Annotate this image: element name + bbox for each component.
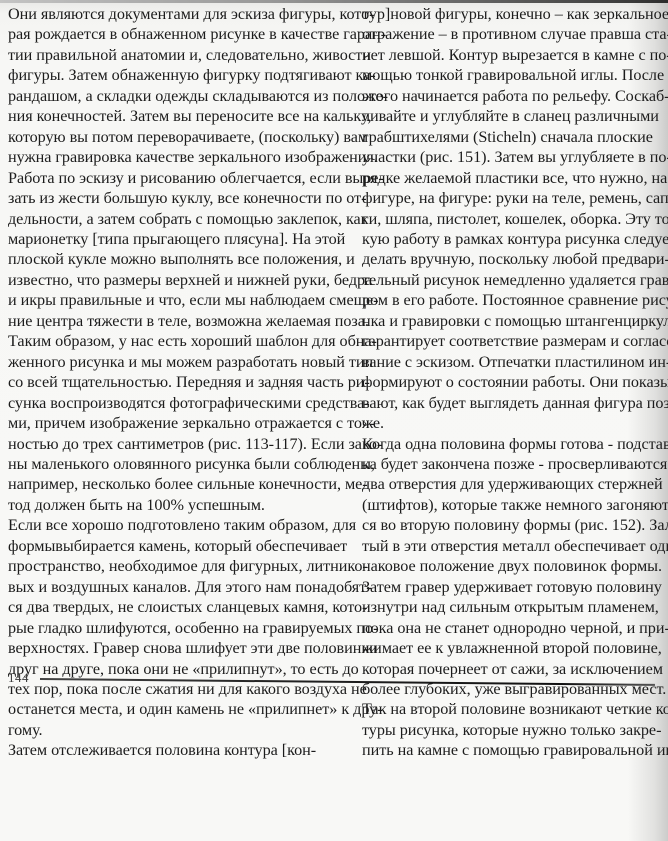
text-line: ми, причем изображение зеркально отражае… [8, 413, 336, 433]
scan-top-edge-shadow [0, 0, 668, 3]
text-line: плоской кукле можно выполнять все положе… [8, 249, 336, 269]
text-line: нет левшой. Контур вырезается в камне с … [362, 45, 662, 65]
text-line: ги, шляпа, пистолет, кошелек, оборка. Эт… [362, 209, 662, 229]
text-line: Так на второй половине возникают четкие … [362, 699, 662, 719]
text-line: этого начинается работа по рельефу. Соск… [362, 86, 662, 106]
text-line: рая рождается в обнаженном рисунке в кач… [8, 24, 336, 44]
text-line: ся во вторую половину формы (рис. 152). … [362, 515, 662, 535]
left-text-column: Они являются документами для эскиза фигу… [8, 4, 336, 761]
text-line: грабштихелями (Sticheln) сначала плоские [362, 127, 662, 147]
text-line: тельный рисунок немедленно удаляется гра… [362, 270, 662, 290]
text-line: (штифтов), которые также немного загоняю… [362, 495, 662, 515]
text-line: наковое положение двух половинок формы. [362, 556, 662, 576]
text-line: ние центра тяжести в теле, возможна жела… [8, 311, 336, 331]
text-line: кую работу в рамках контура рисунка след… [362, 229, 662, 249]
text-line: гому. [8, 720, 336, 740]
text-line: которую вы потом переворачиваете, (поско… [8, 127, 336, 147]
text-line: ливайте и углубляйте в сланец различными [362, 106, 662, 126]
text-line: Когда одна половина формы готова - подст… [362, 434, 662, 454]
page-footer: 144 [0, 670, 668, 690]
text-line: ка будет закончена позже - просверливают… [362, 454, 662, 474]
text-line: известно, что размеры верхней и нижней р… [8, 270, 336, 290]
footer-rule-divider [40, 678, 655, 685]
text-line: нужна гравировка качестве зеркального из… [8, 147, 336, 167]
page-number: 144 [8, 670, 29, 686]
text-line: жимает ее к увлажненной второй половине, [362, 638, 662, 658]
text-line: ностью до трех сантиметров (рис. 113-117… [8, 434, 336, 454]
text-line: Если все хорошо подготовлено таким образ… [8, 515, 336, 535]
text-line: тур]новой фигуры, конечно – как зеркальн… [362, 4, 662, 24]
text-line: женного рисунка и мы можем разработать н… [8, 352, 336, 372]
text-line: тии правильной анатомии и, следовательно… [8, 45, 336, 65]
text-line: формывыбирается камень, который обеспечи… [8, 536, 336, 556]
text-line: вают, как будет выглядеть данная фигура … [362, 393, 662, 413]
text-line: ния конечностей. Затем вы переносите все… [8, 106, 336, 126]
text-line: Затем отслеживается половина контура [ко… [8, 740, 336, 760]
text-line: вых и воздушных каналов. Для этого нам п… [8, 577, 336, 597]
text-line: верхностях. Гравер снова шлифует эти две… [8, 638, 336, 658]
text-line: Они являются документами для эскиза фигу… [8, 4, 336, 24]
text-line: мощью тонкой гравировальной иглы. После [362, 65, 662, 85]
text-line: туры рисунка, которые нужно только закре… [362, 720, 662, 740]
text-line: марионетку [типа прыгающего плясуна]. На… [8, 229, 336, 249]
text-line: рые гладко шлифуются, особенно на гравир… [8, 618, 336, 638]
text-line: останется места, и один камень не «прили… [8, 699, 336, 719]
text-line: пока она не станет однородно черной, и п… [362, 618, 662, 638]
text-line: два отверстия для удерживающих стержней [362, 474, 662, 494]
text-line: Таким образом, у нас есть хороший шаблон… [8, 331, 336, 351]
text-line: например, несколько более сильные конечн… [8, 474, 336, 494]
text-line: и икры правильные и что, если мы наблюда… [8, 290, 336, 310]
text-line: пространство, необходимое для фигурных, … [8, 556, 336, 576]
text-line: тый в эти отверстия металл обеспечивает … [362, 536, 662, 556]
text-line: ны маленького оловянного рисунка были со… [8, 454, 336, 474]
text-line: фигуры. Затем обнаженную фигурку подтяги… [8, 65, 336, 85]
text-line: изнутри над сильным открытым пламенем, [362, 597, 662, 617]
text-line: ром в его работе. Постоянное сравнение р… [362, 290, 662, 310]
text-line: сунка воспроизводятся фотографическими с… [8, 393, 336, 413]
text-line: рандашом, а складки одежды складываются … [8, 86, 336, 106]
text-line: гарантирует соответствие размерам и согл… [362, 331, 662, 351]
text-line: отражение – в противном случае правша ст… [362, 24, 662, 44]
text-line: пить на камне с помощью гравировальной и… [362, 740, 662, 760]
text-line: же. [362, 413, 662, 433]
right-text-column: тур]новой фигуры, конечно – как зеркальн… [362, 4, 662, 761]
text-line: делать вручную, поскольку любой предвари… [362, 249, 662, 269]
text-line: фигуре, на фигуре: руки на теле, ремень,… [362, 188, 662, 208]
text-line: со всей тщательностью. Передняя и задняя… [8, 372, 336, 392]
text-line: тод должен быть на 100% успешным. [8, 495, 336, 515]
text-line: формируют о состоянии работы. Они показы… [362, 372, 662, 392]
text-line: нка и гравировки с помощью штангенциркул… [362, 311, 662, 331]
text-line: ся два твердых, не слоистых сланцевых ка… [8, 597, 336, 617]
text-line: зать из жести большую куклу, все конечно… [8, 188, 336, 208]
text-line: рядке желаемой пластики все, что нужно, … [362, 168, 662, 188]
text-line: Работа по эскизу и рисованию облегчается… [8, 168, 336, 188]
text-line: участки (рис. 151). Затем вы углубляете … [362, 147, 662, 167]
text-line: дельности, а затем собрать с помощью зак… [8, 209, 336, 229]
text-line: вание с эскизом. Отпечатки пластилином и… [362, 352, 662, 372]
text-line: Затем гравер удерживает готовую половину [362, 577, 662, 597]
